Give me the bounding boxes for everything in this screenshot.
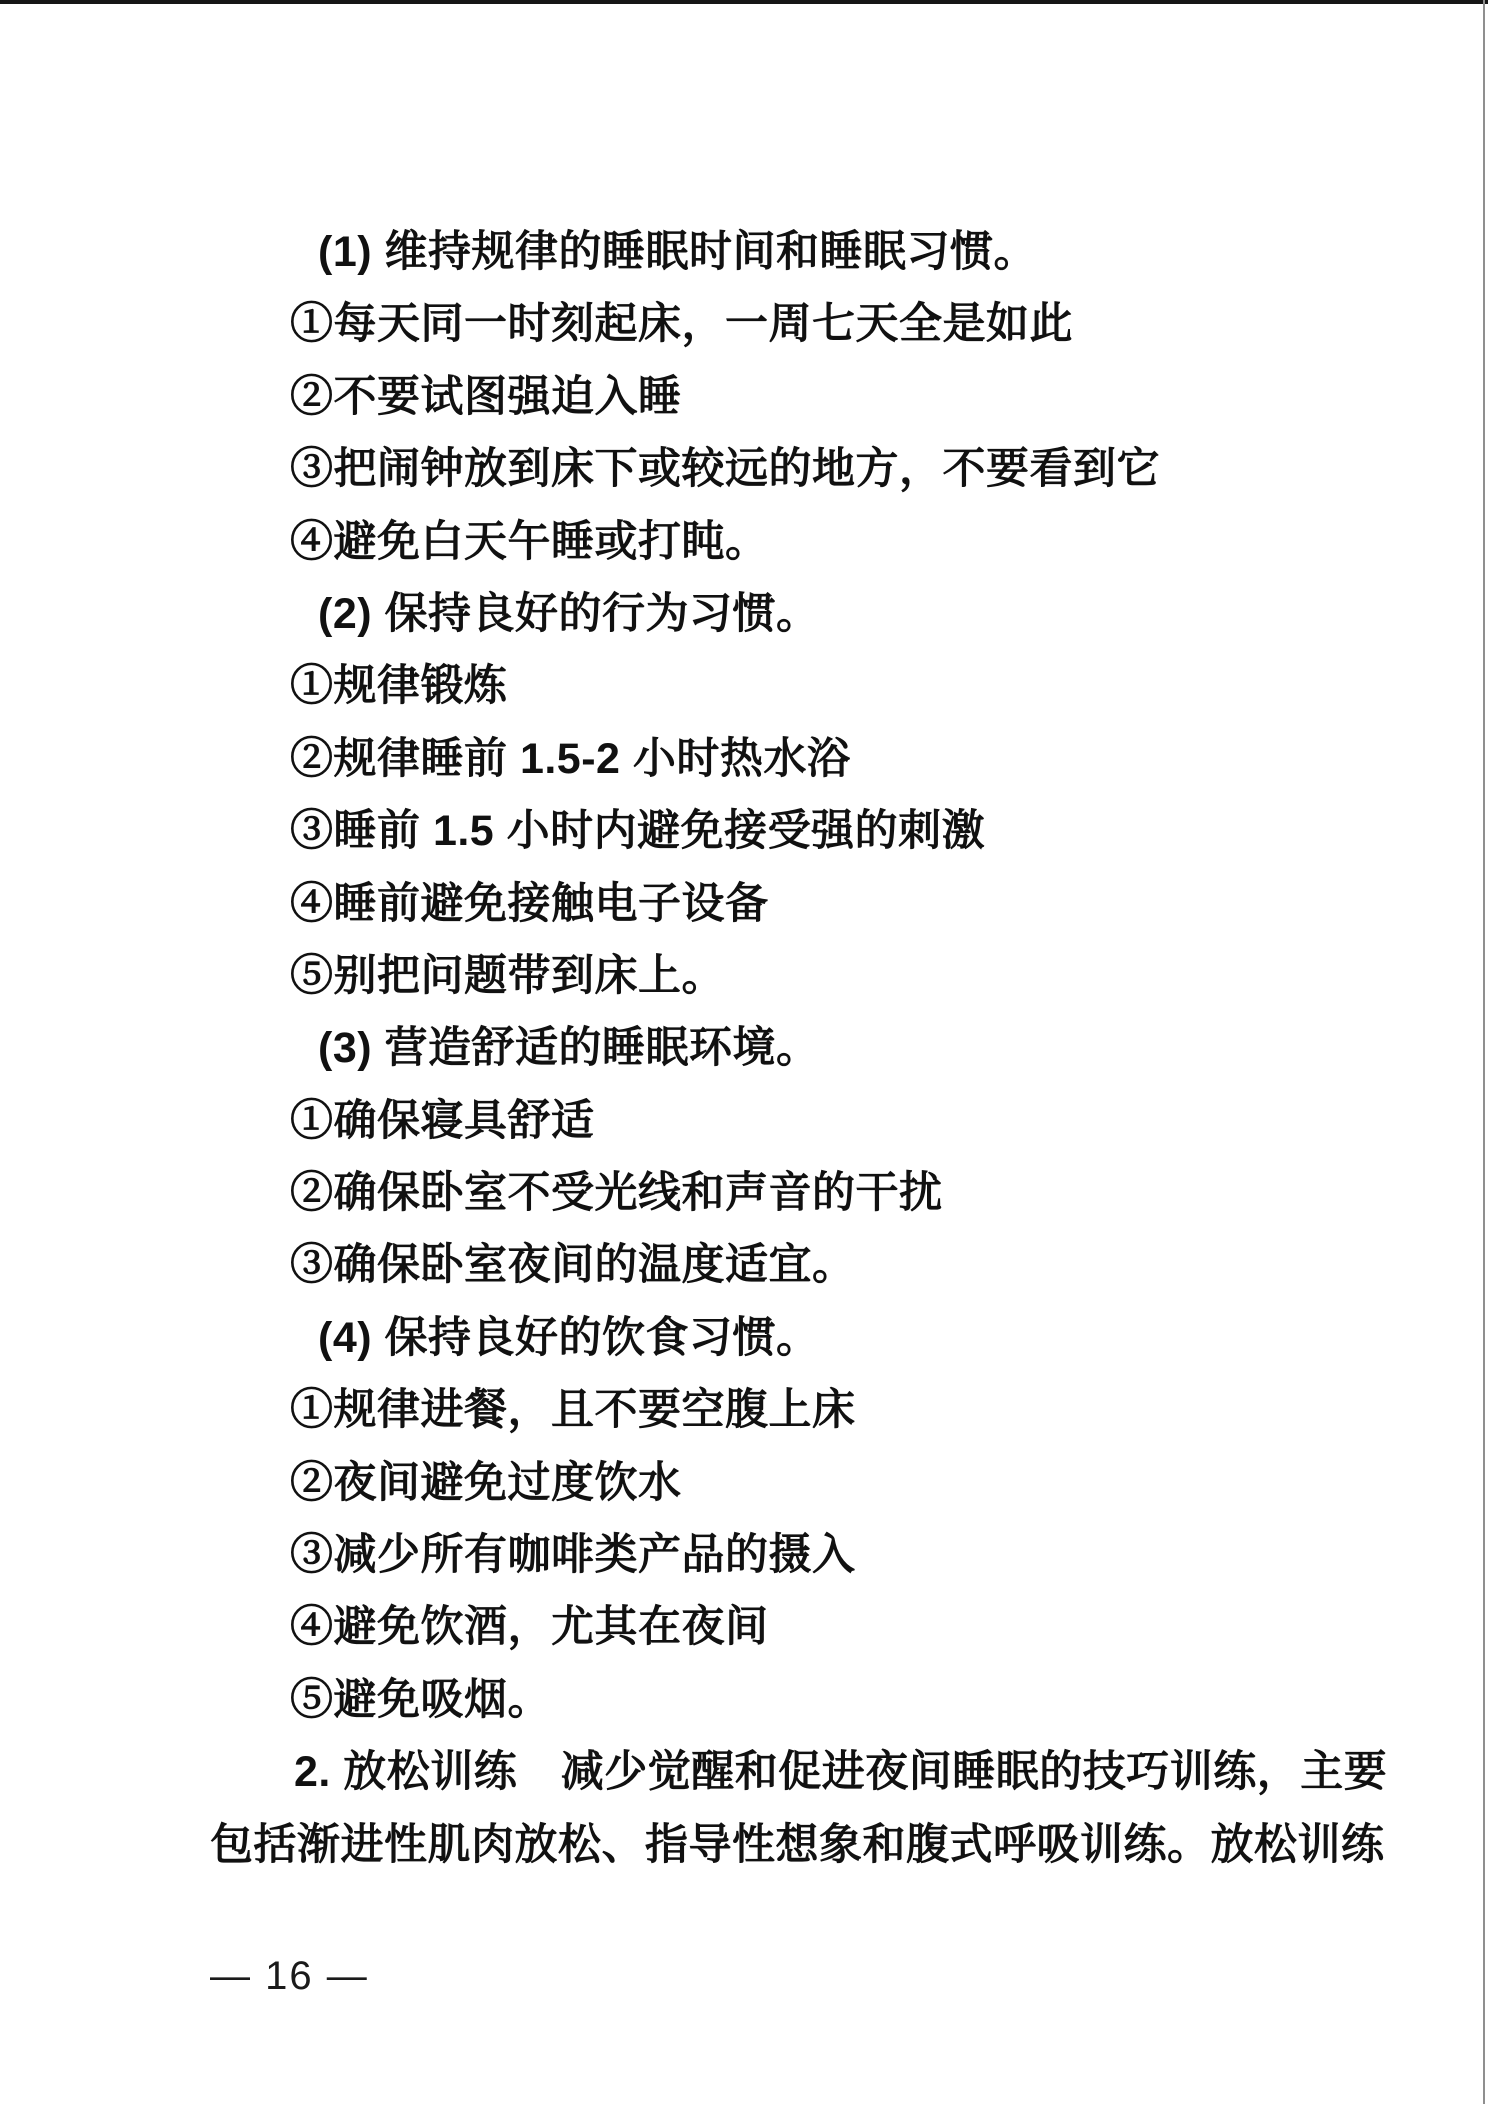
list-item: ①规律锻炼	[210, 650, 1355, 722]
page-top-edge	[0, 0, 1488, 4]
list-item: ①每天同一时刻起床，一周七天全是如此	[210, 288, 1355, 360]
list-item: ③睡前 1.5 小时内避免接受强的刺激	[210, 795, 1355, 867]
page-number: — 16 —	[210, 1952, 369, 2000]
book-page: (1) 维持规律的睡眠时间和睡眠习惯。 ①每天同一时刻起床，一周七天全是如此 ②…	[0, 0, 1488, 2104]
list-item: ③减少所有咖啡类产品的摄入	[210, 1519, 1355, 1591]
list-item: ①规律进餐，且不要空腹上床	[210, 1374, 1355, 1446]
list-item: ③确保卧室夜间的温度适宜。	[210, 1229, 1355, 1301]
list-item: ②不要试图强迫入睡	[210, 361, 1355, 433]
list-item: ④避免饮酒，尤其在夜间	[210, 1591, 1355, 1663]
list-item: ②规律睡前 1.5-2 小时热水浴	[210, 723, 1355, 795]
page-right-border	[1483, 0, 1485, 2104]
list-item: ②夜间避免过度饮水	[210, 1447, 1355, 1519]
section-heading: (1) 维持规律的睡眠时间和睡眠习惯。	[210, 216, 1355, 288]
body-text: (1) 维持规律的睡眠时间和睡眠习惯。 ①每天同一时刻起床，一周七天全是如此 ②…	[210, 216, 1355, 1881]
paragraph-line: 包括渐进性肌肉放松、指导性想象和腹式呼吸训练。放松训练	[210, 1809, 1355, 1881]
list-item: ⑤别把问题带到床上。	[210, 940, 1355, 1012]
list-item: ④避免白天午睡或打盹。	[210, 506, 1355, 578]
list-item: ①确保寝具舒适	[210, 1085, 1355, 1157]
list-item: ②确保卧室不受光线和声音的干扰	[210, 1157, 1355, 1229]
section-heading: (4) 保持良好的饮食习惯。	[210, 1302, 1355, 1374]
list-item: ④睡前避免接触电子设备	[210, 868, 1355, 940]
paragraph-line: 2. 放松训练 减少觉醒和促进夜间睡眠的技巧训练，主要	[210, 1736, 1355, 1808]
section-heading: (2) 保持良好的行为习惯。	[210, 578, 1355, 650]
list-item: ③把闹钟放到床下或较远的地方，不要看到它	[210, 433, 1355, 505]
section-heading: (3) 营造舒适的睡眠环境。	[210, 1012, 1355, 1084]
list-item: ⑤避免吸烟。	[210, 1664, 1355, 1736]
